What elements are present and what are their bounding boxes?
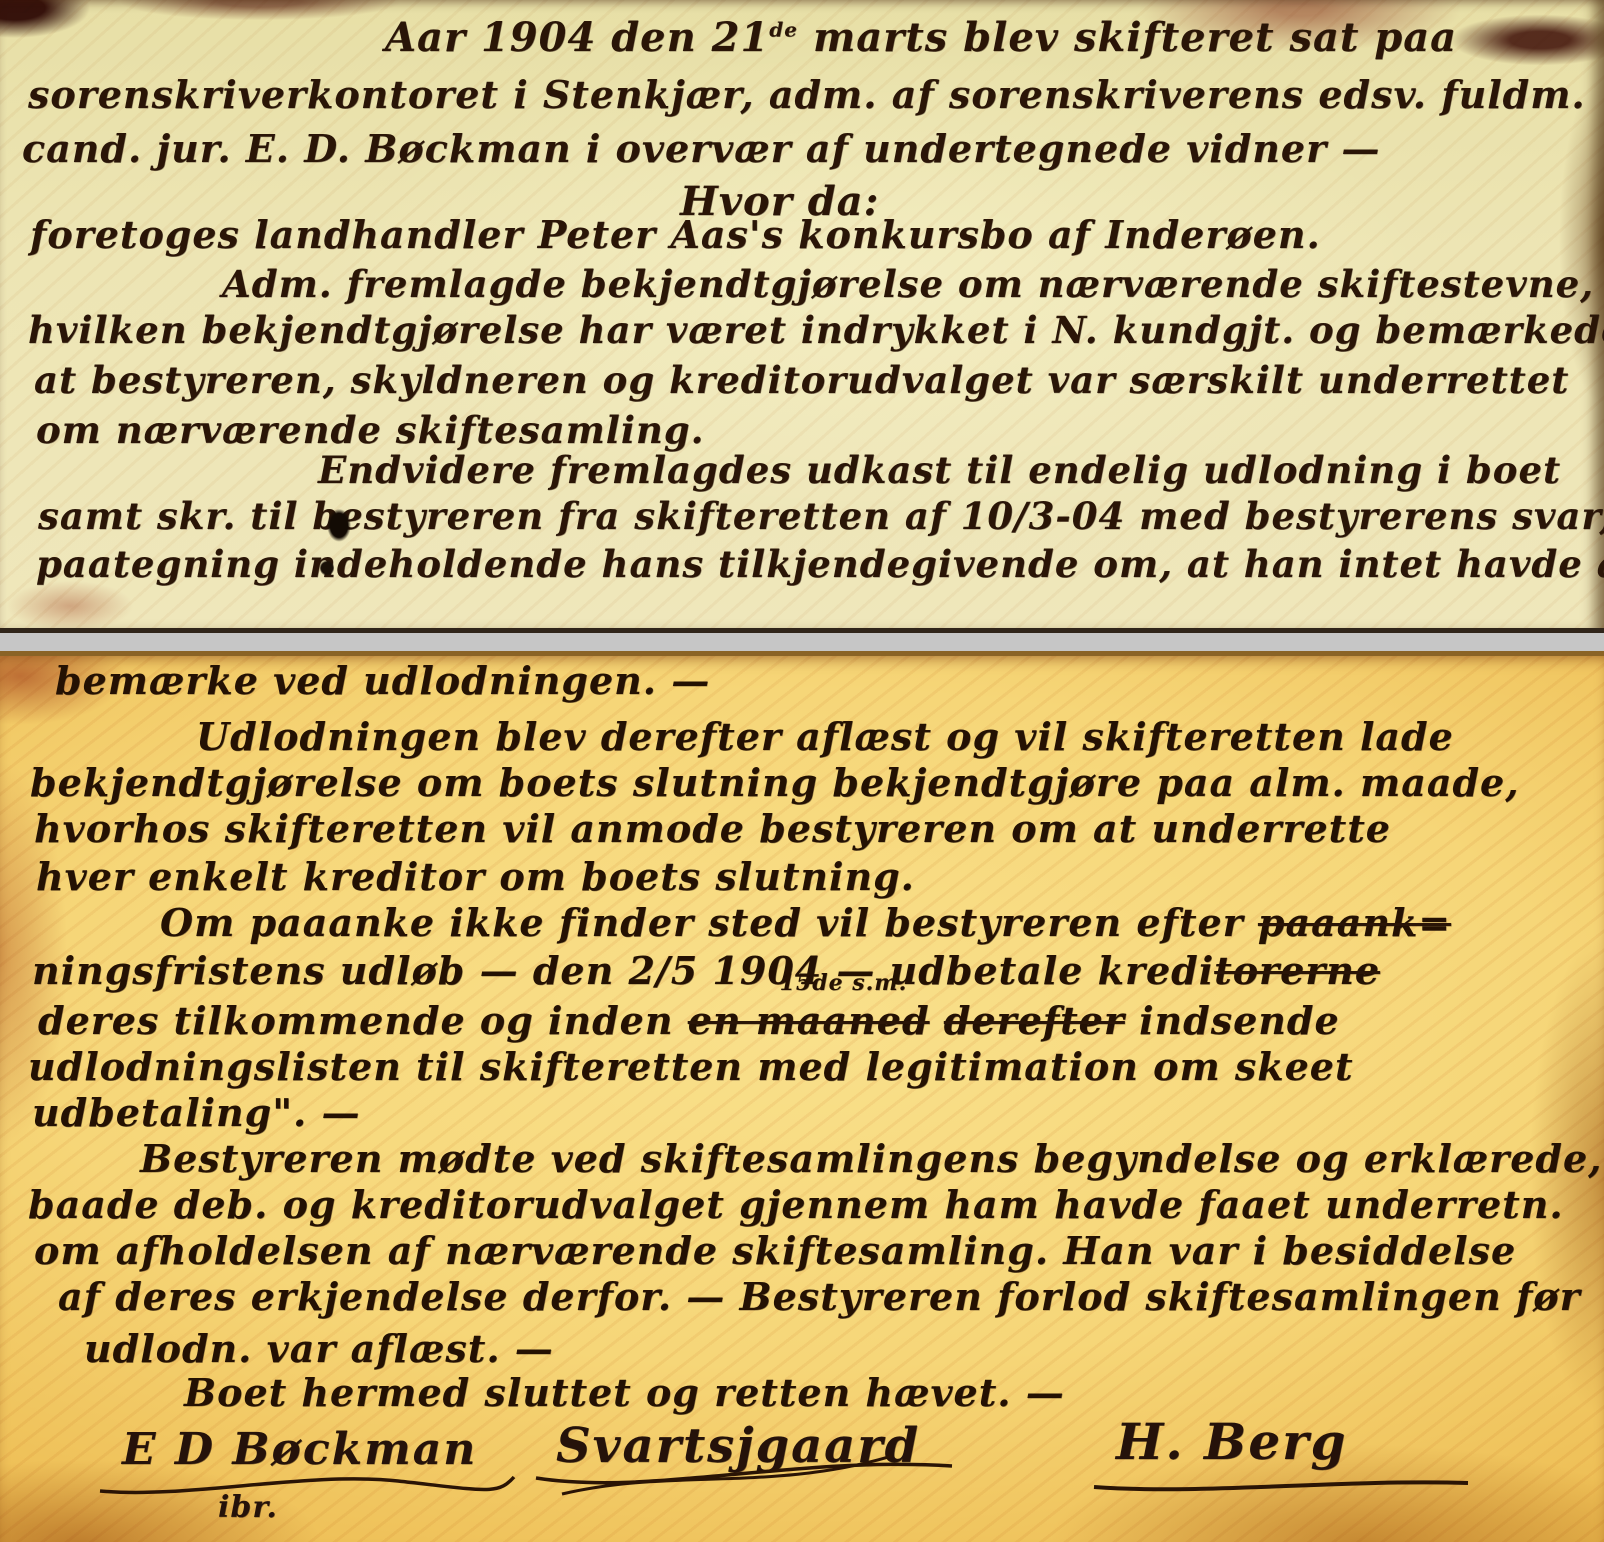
interlinear-insertion: 15de s.m. xyxy=(780,972,908,994)
handwritten-line: om nærværende skiftesamling. xyxy=(36,412,705,449)
handwritten-line: samt skr. til bestyreren fra skifterette… xyxy=(38,498,1604,535)
strikethrough-text: paaank= xyxy=(1258,900,1451,945)
line-text: ningsfristens udløb — den 2/5 1904 — udb… xyxy=(32,948,1214,993)
strikethrough-text: derefter xyxy=(944,998,1125,1043)
handwritten-line: Aar 1904 den 21de marts blev skifteret s… xyxy=(385,18,1457,58)
line-text: indsende xyxy=(1125,998,1340,1043)
handwritten-line: deres tilkommende og inden en maaned15de… xyxy=(38,1002,1340,1040)
strikethrough-text: torerne xyxy=(1214,948,1380,993)
handwritten-line: udbetaling". — xyxy=(32,1094,360,1132)
line-text xyxy=(930,998,944,1043)
signature-svartsjgaard: Svartsjgaard xyxy=(556,1418,920,1474)
scan-divider-band xyxy=(0,628,1604,656)
handwritten-court-record: Aar 1904 den 21de marts blev skifteret s… xyxy=(0,0,1604,1542)
handwritten-line: hvorhos skifteretten vil anmode bestyrer… xyxy=(34,810,1391,848)
signature-berg: H. Berg xyxy=(1116,1412,1347,1471)
handwritten-line: af deres erkjendelse derfor. — Bestyrere… xyxy=(58,1278,1581,1316)
handwritten-line: Endvidere fremlagdes udkast til endelig … xyxy=(318,452,1561,489)
handwritten-line: foretoges landhandler Peter Aas's konkur… xyxy=(30,216,1321,254)
handwritten-line: paategning indeholdende hans tilkjendegi… xyxy=(36,546,1604,583)
strikethrough-text: en maaned xyxy=(688,998,930,1043)
line-text: Om paaanke ikke finder sted vil bestyrer… xyxy=(160,900,1258,945)
line-text: marts blev skifteret sat paa xyxy=(798,14,1457,61)
handwritten-line: baade deb. og kreditorudvalget gjennem h… xyxy=(28,1186,1564,1224)
handwritten-line: Boet hermed sluttet og retten hævet. — xyxy=(184,1374,1065,1412)
handwritten-line: hver enkelt kreditor om boets slutning. xyxy=(36,858,915,896)
superscript-ordinal: de xyxy=(769,18,798,42)
line-text: deres tilkommende og inden xyxy=(38,998,688,1043)
signature-bockman: E D Bøckman ibr. xyxy=(122,1424,477,1475)
handwritten-line: cand. jur. E. D. Bøckman i overvær af un… xyxy=(22,130,1380,168)
handwritten-line: sorenskriverkontoret i Stenkjær, adm. af… xyxy=(28,76,1586,114)
handwritten-line: hvilken bekjendtgjørelse har været indry… xyxy=(28,312,1604,349)
handwritten-line: Bestyreren mødte ved skiftesamlingens be… xyxy=(140,1140,1604,1178)
handwritten-line: Om paaanke ikke finder sted vil bestyrer… xyxy=(160,904,1451,942)
handwritten-line: udlodningslisten til skifteretten med le… xyxy=(28,1048,1354,1086)
handwritten-line: Adm. fremlagde bekjendtgjørelse om nærvæ… xyxy=(222,266,1594,303)
handwritten-line: Udlodningen blev derefter aflæst og vil … xyxy=(196,718,1454,756)
handwritten-line: bemærke ved udlodningen. — xyxy=(55,662,710,700)
hole-punch xyxy=(320,560,334,576)
line-text: Aar 1904 den 21 xyxy=(385,14,769,61)
handwritten-line: udlodn. var aflæst. — xyxy=(84,1330,554,1368)
signature-note: ibr. xyxy=(218,1490,278,1525)
handwritten-line: om afholdelsen af nærværende skiftesamli… xyxy=(34,1232,1516,1270)
ink-blot xyxy=(318,505,360,563)
signature-flourish xyxy=(532,1438,962,1498)
handwritten-line: ningsfristens udløb — den 2/5 1904 — udb… xyxy=(32,952,1380,990)
corrected-passage: en maaned15de s.m. xyxy=(688,1002,930,1040)
signature-flourish xyxy=(1092,1459,1472,1495)
handwritten-line: bekjendtgjørelse om boets slutning bekje… xyxy=(30,764,1519,802)
handwritten-line: at bestyreren, skyldneren og kreditorudv… xyxy=(34,362,1569,399)
signature-flourish xyxy=(98,1465,518,1499)
